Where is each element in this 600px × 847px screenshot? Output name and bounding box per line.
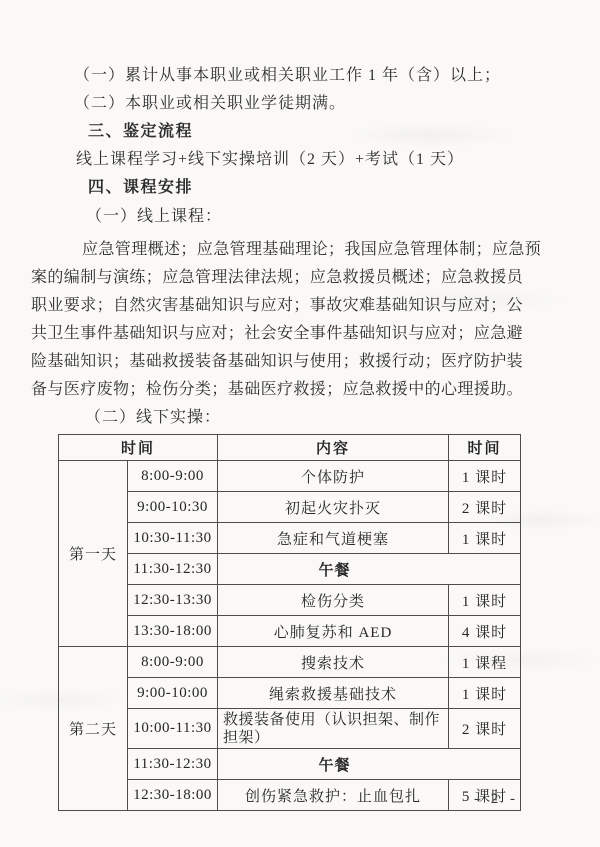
content-cell: 心肺复苏和 AED bbox=[218, 616, 449, 647]
content-cell: 个体防护 bbox=[218, 461, 449, 492]
time-cell: 12:30-13:30 bbox=[128, 585, 218, 616]
table-row: 第一天 8:00-9:00 个体防护 1 课时 bbox=[59, 461, 521, 492]
time-cell: 10:00-11:30 bbox=[128, 709, 218, 749]
online-course-paragraph-line: 险基础知识；基础救援装备基础知识与使用；救援行动；医疗防护装 bbox=[31, 352, 523, 372]
table-header-row: 时间 内容 时间 bbox=[59, 435, 521, 461]
time-cell: 9:00-10:30 bbox=[128, 492, 218, 523]
day1-label-cell: 第一天 bbox=[59, 461, 128, 647]
content-cell: 创伤紧急救护：止血包扎 bbox=[218, 780, 449, 811]
time-cell: 12:30-18:00 bbox=[128, 780, 218, 811]
schedule-table: 时间 内容 时间 第一天 8:00-9:00 个体防护 1 课时 9:00-10… bbox=[58, 434, 521, 811]
subheading-offline-practice: （二）线下实操： bbox=[85, 408, 221, 428]
day2-label-cell: 第二天 bbox=[59, 647, 128, 811]
assessment-process-text: 线上课程学习+线下实操培训（2 天）+考试（1 天） bbox=[76, 150, 464, 170]
content-cell: 救援装备使用（认识担架、制作担架） bbox=[218, 709, 449, 749]
table-row: 10:00-11:30 救援装备使用（认识担架、制作担架） 2 课时 bbox=[59, 709, 521, 749]
duration-cell: 1 课程 bbox=[449, 647, 521, 678]
time-cell: 8:00-9:00 bbox=[128, 647, 218, 678]
lunch-cell: 午餐 bbox=[218, 554, 521, 585]
online-course-paragraph-line: 职业要求；自然灾害基础知识与应对；事故灾难基础知识与应对；公 bbox=[31, 296, 523, 316]
header-cell-duration: 时间 bbox=[449, 435, 521, 461]
heading-assessment-process: 三、鉴定流程 bbox=[88, 122, 193, 142]
clause-line-2: （二）本职业或相关职业学徒期满。 bbox=[74, 94, 346, 114]
table-row: 9:00-10:00 绳索救援基础技术 1 课时 bbox=[59, 678, 521, 709]
duration-cell: 4 课时 bbox=[449, 616, 521, 647]
table-row: 10:30-11:30 急症和气道梗塞 1 课时 bbox=[59, 523, 521, 554]
time-cell: 13:30-18:00 bbox=[128, 616, 218, 647]
clause-line-1: （一）累计从事本职业或相关职业工作 1 年（含）以上； bbox=[74, 66, 501, 86]
content-cell: 急症和气道梗塞 bbox=[218, 523, 449, 554]
time-cell: 11:30-12:30 bbox=[128, 749, 218, 780]
table-row-lunch: 11:30-12:30 午餐 bbox=[59, 554, 521, 585]
online-course-paragraph-line: 案的编制与演练；应急管理法律法规；应急救援员概述；应急救援员 bbox=[31, 268, 523, 288]
time-cell: 8:00-9:00 bbox=[128, 461, 218, 492]
table-row: 12:30-18:00 创伤紧急救护：止血包扎 5 课时 bbox=[59, 780, 521, 811]
table-row-lunch: 11:30-12:30 午餐 bbox=[59, 749, 521, 780]
table-row: 13:30-18:00 心肺复苏和 AED 4 课时 bbox=[59, 616, 521, 647]
lunch-cell: 午餐 bbox=[218, 749, 521, 780]
header-cell-time: 时间 bbox=[59, 435, 218, 461]
content-cell: 绳索救援基础技术 bbox=[218, 678, 449, 709]
header-cell-content: 内容 bbox=[218, 435, 449, 461]
table-row: 9:00-10:30 初起火灾扑灭 2 课时 bbox=[59, 492, 521, 523]
page-number: - 2 - bbox=[474, 791, 519, 808]
duration-cell: 1 课时 bbox=[449, 461, 521, 492]
content-cell: 检伤分类 bbox=[218, 585, 449, 616]
table-row: 12:30-13:30 检伤分类 1 课时 bbox=[59, 585, 521, 616]
subheading-online-course: （一）线上课程： bbox=[86, 207, 222, 227]
duration-cell: 1 课时 bbox=[449, 523, 521, 554]
document-page: （一）累计从事本职业或相关职业工作 1 年（含）以上； （二）本职业或相关职业学… bbox=[0, 0, 600, 847]
duration-cell: 1 课时 bbox=[449, 585, 521, 616]
online-course-paragraph-line: 共卫生事件基础知识与应对；社会安全事件基础知识与应对；应急避 bbox=[31, 324, 523, 344]
online-course-paragraph-line: 备与医疗废物；检伤分类；基础医疗救援；应急救援中的心理援助。 bbox=[31, 380, 523, 400]
duration-cell: 1 课时 bbox=[449, 678, 521, 709]
online-course-paragraph-line: 应急管理概述；应急管理基础理论；我国应急管理体制；应急预 bbox=[82, 240, 541, 260]
content-cell: 搜索技术 bbox=[218, 647, 449, 678]
duration-cell: 2 课时 bbox=[449, 709, 521, 749]
time-cell: 9:00-10:00 bbox=[128, 678, 218, 709]
time-cell: 10:30-11:30 bbox=[128, 523, 218, 554]
table-row: 第二天 8:00-9:00 搜索技术 1 课程 bbox=[59, 647, 521, 678]
heading-course-arrangement: 四、课程安排 bbox=[88, 178, 193, 198]
duration-cell: 2 课时 bbox=[449, 492, 521, 523]
time-cell: 11:30-12:30 bbox=[128, 554, 218, 585]
content-cell: 初起火灾扑灭 bbox=[218, 492, 449, 523]
